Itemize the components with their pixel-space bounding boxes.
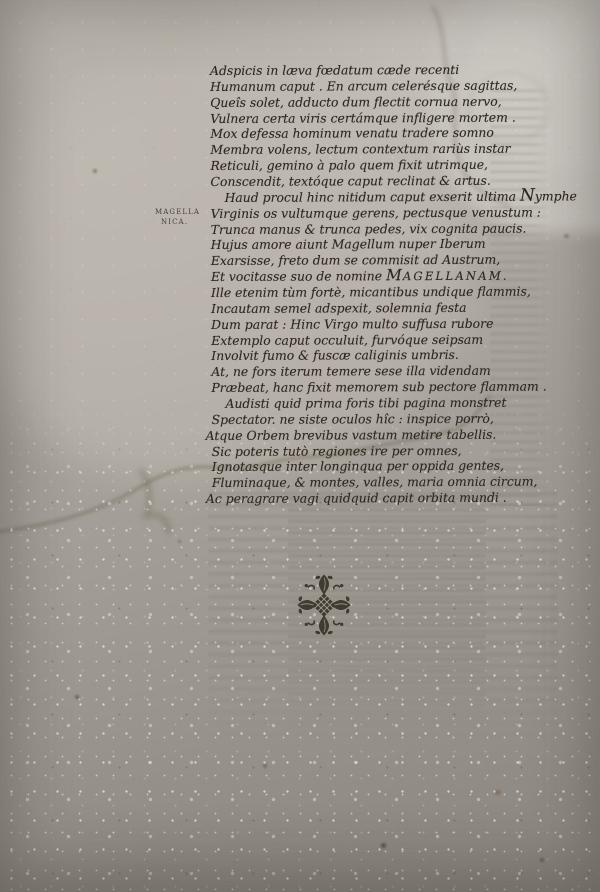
poem-line-text: Et vocitasse suo de nomine bbox=[211, 268, 386, 284]
poem-line: Ignotasque inter longinqua per oppida ge… bbox=[212, 458, 562, 475]
poem-line: Membra volens, lectum contextum rariùs i… bbox=[210, 141, 560, 158]
foxing-spot bbox=[495, 790, 501, 795]
margin-note-line2: NICA. bbox=[155, 218, 203, 228]
poem-line: Sic poteris tutò regiones ire per omnes, bbox=[212, 442, 562, 459]
poem-line: Et vocitasse suo de nomine MAGELLANAM. bbox=[211, 268, 561, 285]
foxing-spot bbox=[540, 858, 544, 862]
foxing-spot bbox=[178, 540, 181, 543]
poem-line: Haud procul hinc nitidum caput exserit u… bbox=[211, 188, 561, 205]
poem-line: Humanum caput . En arcum celerésque sagi… bbox=[210, 77, 560, 94]
foxing-spot bbox=[263, 764, 267, 768]
blind-stamp-ring-small bbox=[308, 692, 336, 718]
poem-line: Queîs solet, adducto dum flectit cornua … bbox=[210, 93, 560, 110]
poem-line: Trunca manus & trunca pedes, vix cognita… bbox=[211, 220, 561, 237]
book-page-photo: MAGELLA NICA. Adspicis in læva fœdatum c… bbox=[0, 0, 600, 892]
poem-line: Vulnera certa viris certámque infligere … bbox=[210, 109, 560, 126]
poem-line: At, ne fors iterum temere sese illa vide… bbox=[211, 363, 561, 380]
poem-line: Ille etenim tùm fortè, micantibus undiqu… bbox=[211, 284, 561, 301]
poem-line: Extemplo caput occuluit, furvóque seipsa… bbox=[211, 331, 561, 348]
poem-line: Præbeat, hanc fixit memorem sub pectore … bbox=[211, 379, 561, 396]
poem-line: Incautam semel adspexit, solemnia festa bbox=[211, 299, 561, 316]
poem-line: Adspicis in læva fœdatum cæde recenti bbox=[210, 61, 560, 78]
margin-note: MAGELLA NICA. bbox=[155, 208, 203, 227]
poem-line: Hujus amore aiunt Magellum nuper Iberum bbox=[211, 236, 561, 253]
poem-line: Fluminaque, & montes, valles, maria omni… bbox=[212, 474, 562, 491]
margin-note-line1: MAGELLA bbox=[155, 208, 203, 218]
poem-line: Atque Orbem brevibus vastum metire tabel… bbox=[206, 426, 562, 443]
poem-text-block: Adspicis in læva fœdatum cæde recenti Hu… bbox=[210, 61, 562, 507]
poem-line: Ac peragrare vagi quidquid capit orbita … bbox=[206, 490, 562, 507]
spaced-capitals-word: MAGELLANAM. bbox=[386, 268, 509, 285]
printer-rosette-ornament-icon bbox=[296, 574, 352, 636]
poem-line: Dum parat : Hinc Virgo multo suffusa rub… bbox=[211, 315, 561, 332]
poem-line: Mox defessa hominum venatu tradere somno bbox=[210, 125, 560, 142]
verso-showthrough-lower bbox=[208, 486, 558, 748]
foxing-spot bbox=[75, 695, 79, 699]
poem-line: Conscendit, textóque caput reclinat & ar… bbox=[210, 172, 560, 189]
poem-line: Audisti quid prima foris tibi pagina mon… bbox=[211, 395, 561, 412]
swash-capital-word: Nymphe bbox=[520, 188, 577, 204]
poem-line-text: Haud procul hinc nitidum caput exserit u… bbox=[225, 189, 520, 205]
foxing-spot bbox=[93, 169, 97, 173]
poem-line: Virginis os vultumque gerens, pectusque … bbox=[211, 204, 561, 221]
foxing-spot bbox=[381, 843, 386, 848]
foxing-spot bbox=[564, 234, 569, 238]
poem-line: Reticuli, gemino à palo quem fixit utrim… bbox=[210, 157, 560, 174]
poem-line: Spectator. ne siste oculos hîc : inspice… bbox=[212, 410, 562, 427]
poem-line: Involvit fumo & fuscæ caliginis umbris. bbox=[211, 347, 561, 364]
